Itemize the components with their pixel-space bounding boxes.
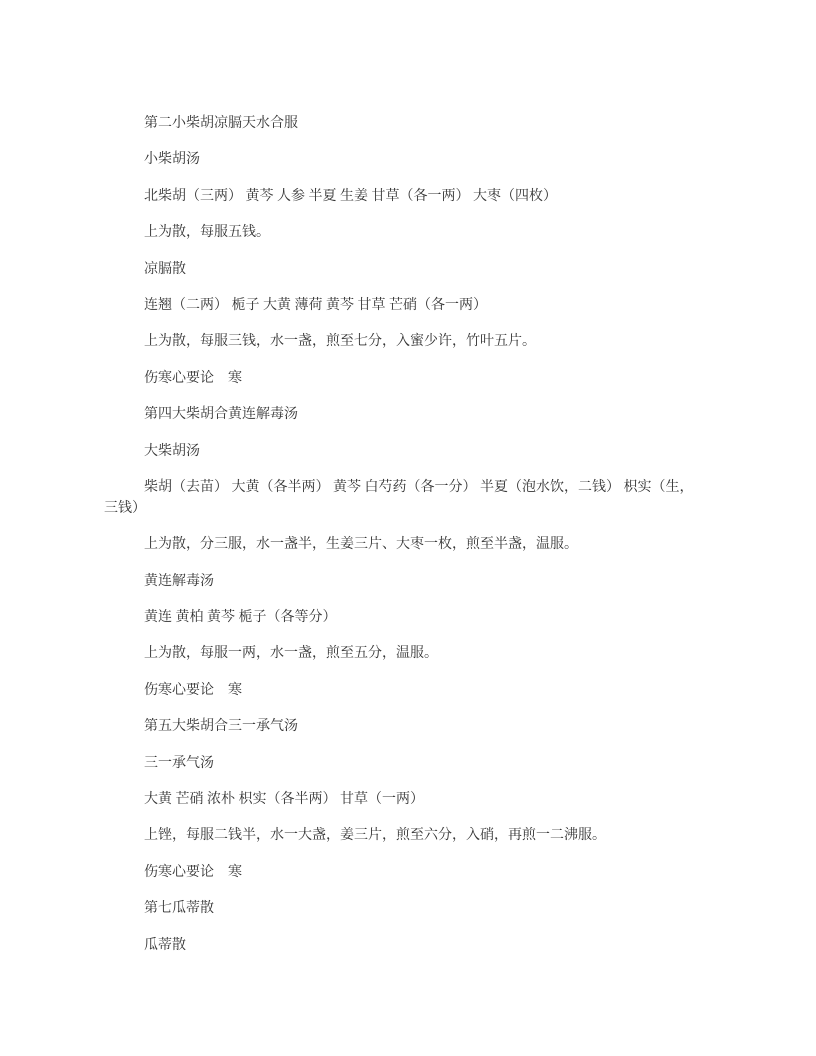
paragraph: 黄连 黄柏 黄芩 栀子（各等分） [104, 607, 712, 628]
paragraph: 伤寒心要论 寒 [104, 680, 712, 701]
paragraph: 柴胡（去苗） 大黄（各半两） 黄芩 白芍药（各一分） 半夏（泡水饮，二钱） 枳实… [104, 477, 712, 519]
paragraph: 上为散，每服三钱，水一盏，煎至七分，入蜜少许，竹叶五片。 [104, 331, 712, 352]
paragraph: 上为散，每服一两，水一盏，煎至五分，温服。 [104, 643, 712, 664]
paragraph: 凉膈散 [104, 259, 712, 280]
paragraph: 伤寒心要论 寒 [104, 862, 712, 883]
paragraph: 小柴胡汤 [104, 149, 712, 170]
paragraph: 上为散，分三服，水一盏半，生姜三片、大枣一枚，煎至半盏，温服。 [104, 534, 712, 555]
paragraph: 连翘（二两） 栀子 大黄 薄荷 黄芩 甘草 芒硝（各一两） [104, 295, 712, 316]
paragraph: 第五大柴胡合三一承气汤 [104, 716, 712, 737]
paragraph: 第七瓜蒂散 [104, 898, 712, 919]
paragraph: 上为散，每服五钱。 [104, 222, 712, 243]
paragraph: 三一承气汤 [104, 753, 712, 774]
paragraph: 瓜蒂散 [104, 935, 712, 956]
paragraph: 黄连解毒汤 [104, 571, 712, 592]
paragraph: 北柴胡（三两） 黄芩 人参 半夏 生姜 甘草（各一两） 大枣（四枚） [104, 186, 712, 207]
paragraph: 伤寒心要论 寒 [104, 368, 712, 389]
document-page: 第二小柴胡凉膈天水合服小柴胡汤北柴胡（三两） 黄芩 人参 半夏 生姜 甘草（各一… [0, 0, 816, 1056]
paragraph: 大柴胡汤 [104, 441, 712, 462]
paragraph: 第二小柴胡凉膈天水合服 [104, 113, 712, 134]
paragraph: 第四大柴胡合黄连解毒汤 [104, 404, 712, 425]
paragraph: 大黄 芒硝 浓朴 枳实（各半两） 甘草（一两） [104, 789, 712, 810]
paragraph: 上锉，每服二钱半，水一大盏，姜三片，煎至六分，入硝，再煎一二沸服。 [104, 825, 712, 846]
paragraph-list: 第二小柴胡凉膈天水合服小柴胡汤北柴胡（三两） 黄芩 人参 半夏 生姜 甘草（各一… [104, 113, 712, 956]
